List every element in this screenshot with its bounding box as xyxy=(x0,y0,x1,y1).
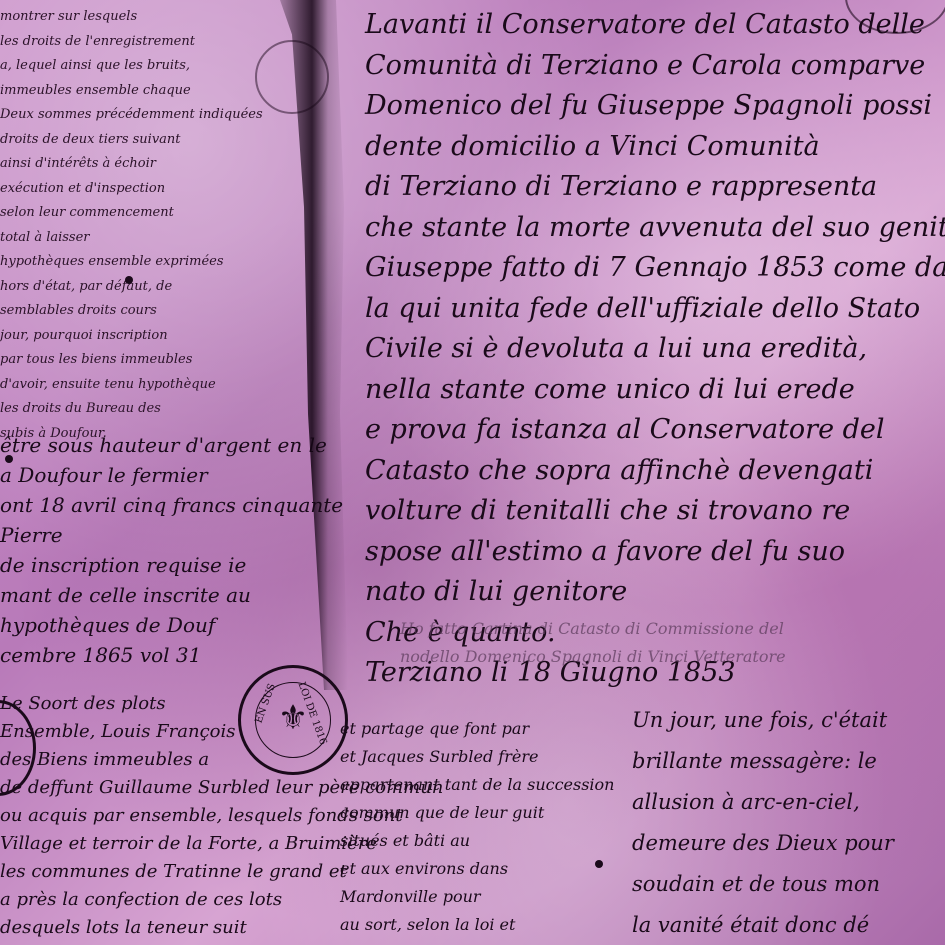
script-line: semblables droits cours xyxy=(0,299,263,324)
script-line: jour, pourquoi inscription xyxy=(0,324,263,349)
handwriting-block-top-left: montrer sur lesquels les droits de l'enr… xyxy=(0,5,263,446)
script-line: hypothèques ensemble exprimées xyxy=(0,250,263,275)
fleur-de-lis-crown-icon: ⚜ xyxy=(241,698,345,738)
handwriting-block-italian: Lavanti il Conservatore del Catasto dell… xyxy=(365,5,945,694)
script-line: Catasto che sopra affinchè devengati xyxy=(365,451,945,492)
script-line: droits de deux tiers suivant xyxy=(0,128,263,153)
script-line: soudain et de tous mon xyxy=(632,864,894,905)
script-line: exécution et d'inspection xyxy=(0,177,263,202)
script-line: et aux environs dans xyxy=(340,855,614,883)
script-line: total à laisser xyxy=(0,226,263,251)
script-line: nodello Domenico Spagnoli di Vinci Vette… xyxy=(400,643,786,671)
script-line: être sous hauteur d'argent en le xyxy=(0,430,343,460)
handwriting-block-bottom-center: et partage que font par et Jacques Surbl… xyxy=(340,715,614,939)
script-line: demeure des Dieux pour xyxy=(632,823,894,864)
ink-blot xyxy=(595,860,603,868)
script-line: de inscription requise ie xyxy=(0,550,343,580)
script-line: Civile si è devoluta a lui una eredità, xyxy=(365,329,945,370)
script-line: Mardonville pour xyxy=(340,883,614,911)
ink-blot xyxy=(125,276,133,284)
script-line: a Doufour le fermier xyxy=(0,460,343,490)
script-line: commun que de leur guit xyxy=(340,799,614,827)
script-line: Comunità di Terziano e Carola comparve xyxy=(365,46,945,87)
script-line: volture di tenitalli che si trovano re xyxy=(365,491,945,532)
script-line: nella stante come unico di lui erede xyxy=(365,370,945,411)
script-line: au sort, selon la loi et xyxy=(340,911,614,939)
script-line: immeubles ensemble chaque xyxy=(0,79,263,104)
script-line: par tous les biens immeubles xyxy=(0,348,263,373)
script-line: brillante messagère: le xyxy=(632,741,894,782)
script-line: montrer sur lesquels xyxy=(0,5,263,30)
script-line: Un jour, une fois, c'était xyxy=(632,700,894,741)
script-line: spose all'estimo a favore del fu suo xyxy=(365,532,945,573)
script-line: ont 18 avril cinq francs cinquante xyxy=(0,490,343,520)
script-line: che stante la morte avvenuta del suo gen… xyxy=(365,208,945,249)
script-line: ainsi d'intérêts à échoir xyxy=(0,152,263,177)
script-line: et Jacques Surbled frère xyxy=(340,743,614,771)
script-line: Le Soort des plots xyxy=(0,690,443,718)
script-line: e prova fa istanza al Conservatore del xyxy=(365,410,945,451)
script-line: Deux sommes précédemment indiquées xyxy=(0,103,263,128)
script-line: les droits de l'enregistrement xyxy=(0,30,263,55)
script-line: allusion à arc-en-ciel, xyxy=(632,782,894,823)
script-line: Lavanti il Conservatore del Catasto dell… xyxy=(365,5,945,46)
script-line: la qui unita fede dell'uffiziale dello S… xyxy=(365,289,945,330)
script-line: selon leur commencement xyxy=(0,201,263,226)
script-line: et partage que font par xyxy=(340,715,614,743)
script-line: la vanité était donc dé xyxy=(632,905,894,945)
script-line: d'avoir, ensuite tenu hypothèque xyxy=(0,373,263,398)
script-line: di Terziano di Terziano e rappresenta xyxy=(365,167,945,208)
handwriting-block-faint: Ho fatto Cartina di Catasto di Commissio… xyxy=(400,615,786,671)
script-line: mant de celle inscrite au xyxy=(0,580,343,610)
script-line: situés et bâti au xyxy=(340,827,614,855)
handwriting-block-left-middle: être sous hauteur d'argent en le a Doufo… xyxy=(0,430,343,670)
script-line: a, lequel ainsi que les bruits, xyxy=(0,54,263,79)
script-line: Giuseppe fatto di 7 Gennajo 1853 come da… xyxy=(365,248,945,289)
script-line: les droits du Bureau des xyxy=(0,397,263,422)
script-line: appartenant tant de la succession xyxy=(340,771,614,799)
script-line: Domenico del fu Giuseppe Spagnoli possi xyxy=(365,86,945,127)
script-line: Ho fatto Cartina di Catasto di Commissio… xyxy=(400,615,786,643)
script-line: nato di lui genitore xyxy=(365,572,945,613)
handwriting-block-bottom-right: Un jour, une fois, c'était brillante mes… xyxy=(632,700,894,945)
script-line: hypothèques de Douf xyxy=(0,610,343,640)
script-line: dente domicilio a Vinci Comunità xyxy=(365,127,945,168)
script-line: Pierre xyxy=(0,520,343,550)
fleur-de-lis-stamp: EN SUS LOI DE 1816 ⚜ xyxy=(238,665,348,775)
ink-blot xyxy=(5,455,13,463)
